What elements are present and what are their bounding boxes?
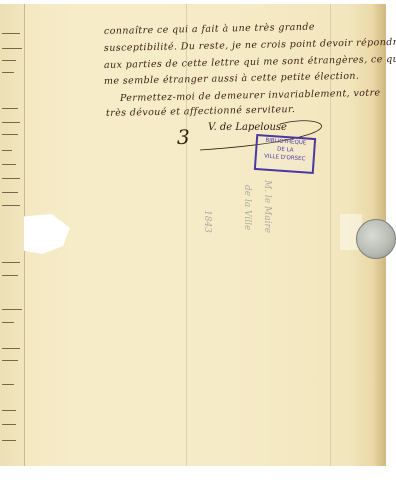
margin-ink-line — [2, 348, 20, 349]
margin-ink-line — [2, 309, 22, 310]
margin-ink-line — [2, 164, 16, 165]
left-margin-strip — [0, 4, 25, 466]
margin-ink-line — [2, 360, 18, 361]
wax-seal — [356, 219, 396, 259]
margin-ink-line — [2, 384, 14, 385]
margin-ink-line — [2, 108, 18, 109]
margin-ink-line — [2, 134, 18, 135]
margin-ink-line — [2, 48, 22, 49]
margin-ink-line — [2, 33, 20, 34]
margin-ink-line — [2, 122, 20, 123]
margin-ink-line — [2, 410, 16, 411]
margin-ink-line — [2, 150, 12, 151]
margin-ink-line — [2, 178, 20, 179]
margin-ink-line — [2, 275, 18, 276]
margin-ink-line — [2, 60, 16, 61]
margin-ink-line — [2, 262, 20, 263]
margin-ink-line — [2, 322, 14, 323]
margin-ink-line — [2, 424, 16, 425]
library-stamp: BIBLIOTHÈQUE DE LA VILLE D'ORSEC — [254, 134, 316, 174]
pencil-note: de la Ville — [242, 185, 252, 230]
pencil-note: 1843 — [202, 210, 212, 233]
pencil-note: M. le Maire — [262, 180, 272, 233]
margin-ink-line — [2, 72, 14, 73]
margin-ink-line — [2, 205, 20, 206]
margin-ink-line — [2, 440, 16, 441]
margin-ink-line — [2, 192, 18, 193]
